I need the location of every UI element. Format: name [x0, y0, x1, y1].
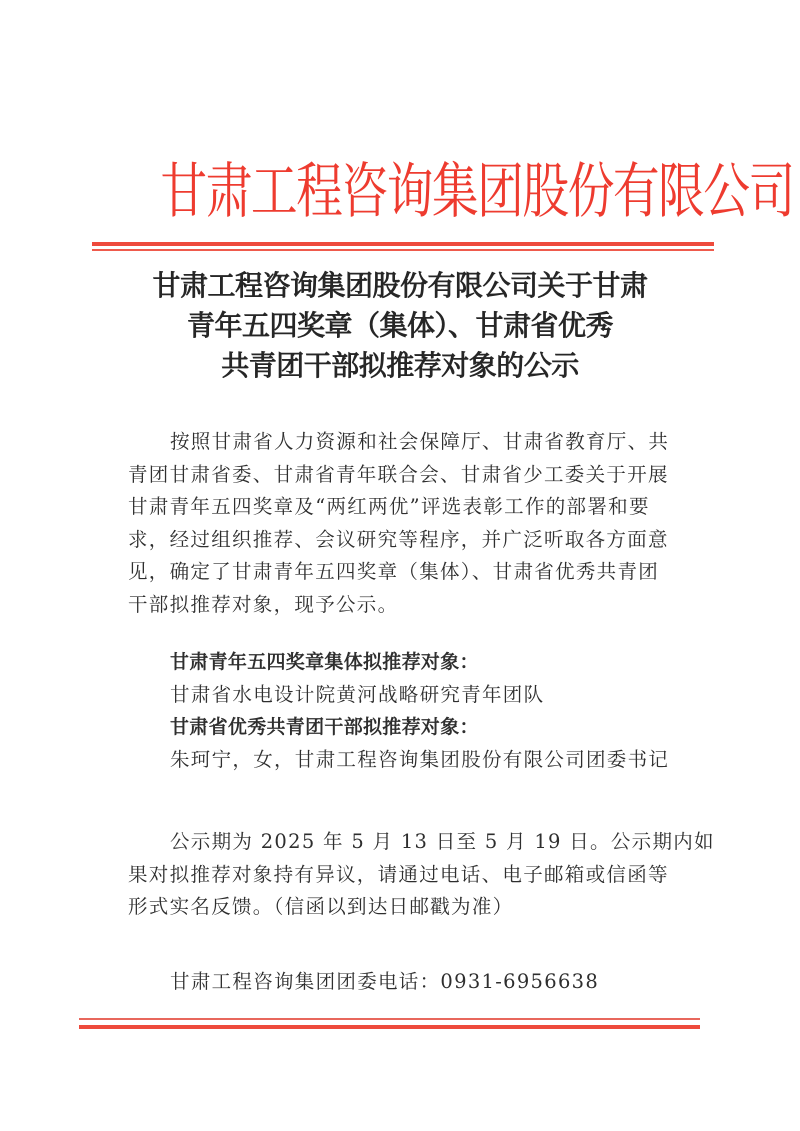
publicity-notice-paragraph: 公示期为 2025 年 5 月 13 日至 5 月 19 日。公示期内如 果对拟… — [128, 826, 676, 924]
section-heading-league-cadre: 甘肃省优秀共青团干部拟推荐对象： — [128, 711, 676, 744]
nominee-youth-collective: 甘肃省水电设计院黄河战略研究青年团队 — [128, 679, 676, 712]
paragraph-line: 见，确定了甘肃青年五四奖章（集体）、甘肃省优秀共青团 — [128, 556, 676, 589]
paragraph-line: 按照甘肃省人力资源和社会保障厅、甘肃省教育厅、共 — [128, 426, 676, 459]
nominee-league-cadre: 朱珂宁，女，甘肃工程咨询集团股份有限公司团委书记 — [128, 744, 676, 777]
paragraph-line: 青团甘肃省委、甘肃省青年联合会、甘肃省少工委关于开展 — [128, 459, 676, 492]
footer-rule-thin — [79, 1018, 700, 1020]
paragraph-line: 果对拟推荐对象持有异议，请通过电话、电子邮箱或信函等 — [128, 859, 676, 892]
paragraph-line: 公示期为 2025 年 5 月 13 日至 5 月 19 日。公示期内如 — [128, 826, 676, 859]
paragraph-line: 甘肃青年五四奖章及“两红两优”评选表彰工作的部署和要 — [128, 491, 676, 524]
paragraph-line: 干部拟推荐对象，现予公示。 — [128, 589, 676, 622]
masthead-rule-thick — [92, 242, 714, 246]
paragraph-line: 求，经过组织推荐、会议研究等程序，并广泛听取各方面意 — [128, 524, 676, 557]
masthead-rule-thin — [92, 249, 714, 251]
contact-info: 甘肃工程咨询集团团委电话：0931-6956638 — [128, 966, 676, 999]
section-heading-youth-collective: 甘肃青年五四奖章集体拟推荐对象： — [128, 646, 676, 679]
nominee-sections: 甘肃青年五四奖章集体拟推荐对象： 甘肃省水电设计院黄河战略研究青年团队 甘肃省优… — [128, 646, 676, 776]
title-line: 甘肃工程咨询集团股份有限公司关于甘肃 — [90, 266, 710, 306]
intro-paragraph: 按照甘肃省人力资源和社会保障厅、甘肃省教育厅、共 青团甘肃省委、甘肃省青年联合会… — [128, 426, 676, 621]
contact-phone-line: 甘肃工程咨询集团团委电话：0931-6956638 — [128, 966, 676, 999]
title-line: 共青团干部拟推荐对象的公示 — [90, 346, 710, 386]
title-line: 青年五四奖章（集体）、甘肃省优秀 — [90, 306, 710, 346]
paragraph-line: 形式实名反馈。（信函以到达日邮戳为准） — [128, 891, 676, 924]
footer-rule-thick — [79, 1025, 700, 1029]
document-title: 甘肃工程咨询集团股份有限公司关于甘肃 青年五四奖章（集体）、甘肃省优秀 共青团干… — [90, 266, 710, 386]
masthead-org-name: 甘肃工程咨询集团股份有限公司 — [160, 150, 645, 234]
